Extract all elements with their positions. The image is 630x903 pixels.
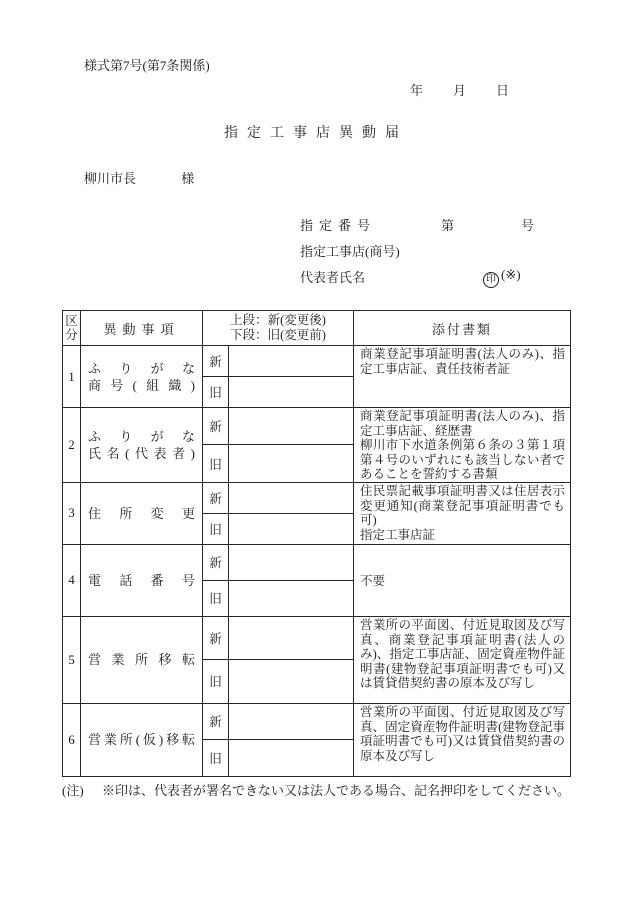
representative-label: 代表者氏名	[300, 267, 365, 286]
new-value-cell	[229, 408, 354, 445]
new-label: 新	[203, 346, 229, 377]
form-number: 様式第7号(第7条関係)	[84, 55, 210, 74]
date-year-label: 年	[410, 80, 423, 99]
old-label: 旧	[203, 739, 229, 776]
designation-number-suffix: 号	[521, 215, 534, 234]
seal-mark-icon: 印	[483, 272, 499, 288]
new-label: 新	[203, 703, 229, 739]
attachments-cell: 住民票記載事項証明書又は住居表示変更通知(商業登記事項証明書でも可) 指定工事店…	[354, 482, 571, 544]
date-line: 年 月 日	[410, 80, 509, 99]
new-label: 新	[203, 408, 229, 445]
addressee-line: 柳川市長 様	[84, 168, 194, 187]
shop-name-line: 指定工事店(商号)	[300, 241, 580, 259]
old-value-cell	[229, 377, 354, 408]
header-change-item: 異動事項	[81, 311, 203, 346]
form-title: 指定工事店異動届	[62, 122, 570, 142]
designation-number-line: 指定番号 第 号	[300, 215, 580, 233]
old-label: 旧	[203, 580, 229, 616]
old-value-cell	[229, 659, 354, 703]
footnote-label: (注)	[62, 780, 102, 801]
attachments-cell: 不要	[354, 544, 571, 616]
old-value-cell	[229, 513, 354, 544]
row-number: 2	[63, 408, 81, 483]
addressee-honorific: 様	[181, 171, 194, 186]
row-number: 4	[63, 544, 81, 616]
change-items-table: 区分 異動事項 上段：新(変更後) 下段：旧(変更前) 添付書類 1 ふりがな …	[62, 310, 571, 777]
designation-number-prefix: 第	[441, 215, 454, 234]
row-number: 6	[63, 703, 81, 776]
attachments-cell: 商業登記事項証明書(法人のみ)、指定工事店証、責任技術者証	[354, 346, 571, 408]
table-row: 3 住所変更 新 住民票記載事項証明書又は住居表示変更通知(商業登記事項証明書で…	[63, 482, 571, 513]
attachments-cell: 商業登記事項証明書(法人のみ)、指定工事店証、経歴書 柳川市下水道条例第６条の３…	[354, 408, 571, 483]
old-value-cell	[229, 580, 354, 616]
change-item-cell: 住所変更	[81, 482, 203, 544]
new-label: 新	[203, 544, 229, 580]
change-item-cell: 営業所(仮)移転	[81, 703, 203, 776]
old-label: 旧	[203, 659, 229, 703]
table-row: 4 電話番号 新 不要	[63, 544, 571, 580]
change-item-cell: 営業所移転	[81, 616, 203, 703]
row-number: 5	[63, 616, 81, 703]
seal-group: 印(※)	[483, 267, 521, 288]
footnote-text: ※印は、代表者が署名できない又は法人である場合、記名押印をしてください。	[102, 780, 570, 801]
table-row: 5 営業所移転 新 営業所の平面図、付近見取図及び写真、商業登記事項証明書(法人…	[63, 616, 571, 659]
seal-note: (※)	[501, 267, 521, 282]
old-label: 旧	[203, 513, 229, 544]
header-new-old: 上段：新(変更後) 下段：旧(変更前)	[203, 311, 354, 346]
date-day-label: 日	[496, 80, 509, 99]
footnote: (注) ※印は、代表者が署名できない又は法人である場合、記名押印をしてください。	[62, 780, 570, 801]
new-value-cell	[229, 346, 354, 377]
new-label: 新	[203, 616, 229, 659]
addressee-name: 柳川市長	[84, 171, 136, 186]
header-category: 区分	[63, 311, 81, 346]
old-value-cell	[229, 445, 354, 482]
new-value-cell	[229, 616, 354, 659]
new-value-cell	[229, 703, 354, 739]
attachments-cell: 営業所の平面図、付近見取図及び写真、商業登記事項証明書(法人のみ)、指定工事店証…	[354, 616, 571, 703]
new-label: 新	[203, 482, 229, 513]
representative-line: 代表者氏名 印(※)	[300, 267, 580, 285]
old-value-cell	[229, 739, 354, 776]
change-item-cell: 電話番号	[81, 544, 203, 616]
old-label: 旧	[203, 377, 229, 408]
form-page: 様式第7号(第7条関係) 年 月 日 指定工事店異動届 柳川市長 様 指定番号 …	[0, 0, 630, 903]
new-value-cell	[229, 482, 354, 513]
date-month-label: 月	[453, 80, 466, 99]
old-label: 旧	[203, 445, 229, 482]
header-new-old-line2: 下段：旧(変更前)	[203, 328, 353, 343]
row-number: 3	[63, 482, 81, 544]
table-header-row: 区分 異動事項 上段：新(変更後) 下段：旧(変更前) 添付書類	[63, 311, 571, 346]
header-attachments: 添付書類	[354, 311, 571, 346]
change-item-cell: ふりがな 氏名(代表者)	[81, 408, 203, 483]
attachments-cell: 営業所の平面図、付近見取図及び写真、固定資産物件証明書(建物登記事項証明書でも可…	[354, 703, 571, 776]
table-row: 2 ふりがな 氏名(代表者) 新 商業登記事項証明書(法人のみ)、指定工事店証、…	[63, 408, 571, 445]
header-new-old-line1: 上段：新(変更後)	[203, 313, 353, 328]
shop-name-label: 指定工事店(商号)	[300, 241, 400, 260]
table-row: 6 営業所(仮)移転 新 営業所の平面図、付近見取図及び写真、固定資産物件証明書…	[63, 703, 571, 739]
designation-number-label: 指定番号	[300, 215, 376, 234]
table-row: 1 ふりがな 商号(組織) 新 商業登記事項証明書(法人のみ)、指定工事店証、責…	[63, 346, 571, 377]
change-item-cell: ふりがな 商号(組織)	[81, 346, 203, 408]
new-value-cell	[229, 544, 354, 580]
row-number: 1	[63, 346, 81, 408]
